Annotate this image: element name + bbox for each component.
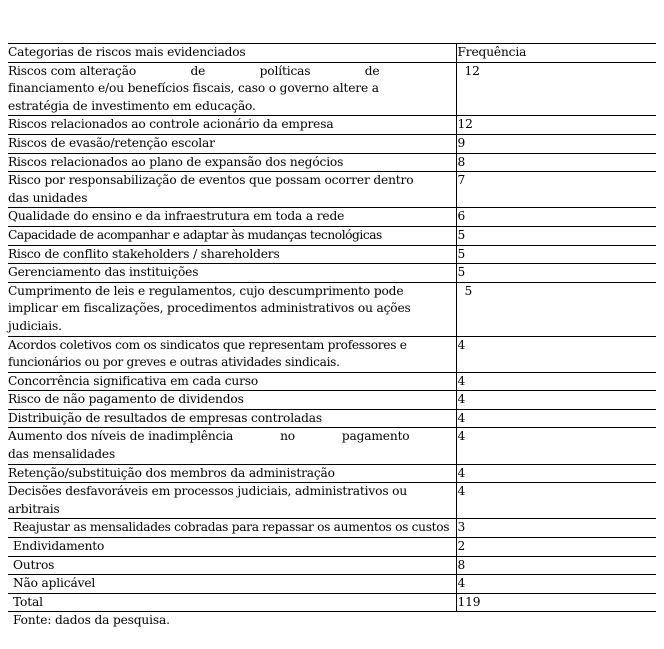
row-category: Riscos relacionados ao plano de expansão… (8, 153, 456, 172)
table-header-row: Categorias de riscos mais evidenciados F… (8, 44, 656, 63)
row-category: Riscos de evasão/retenção escolar (8, 134, 456, 153)
table-row: Retenção/substituição dos membros da adm… (8, 464, 656, 483)
row-frequency: 4 (456, 409, 656, 428)
row-frequency: 8 (456, 556, 656, 575)
table-row: Concorrência significativa em cada curso… (8, 372, 656, 391)
row-category: Total (8, 593, 456, 612)
table-row: Acordos coletivos com os sindicatos que … (8, 336, 656, 372)
row-category: Aumento dos níveis de inadimplência no p… (8, 428, 456, 464)
row-frequency: 4 (456, 575, 656, 594)
risk-categories-table: Categorias de riscos mais evidenciados F… (8, 43, 656, 612)
table-row: Outros 8 (8, 556, 656, 575)
table-row: Decisões desfavoráveis em processos judi… (8, 483, 656, 519)
table-row: Risco por responsabilização de eventos q… (8, 172, 656, 208)
row-frequency: 8 (456, 153, 656, 172)
header-category: Categorias de riscos mais evidenciados (8, 44, 456, 63)
row-category: Endividamento (8, 538, 456, 557)
row-category: Outros (8, 556, 456, 575)
row-category: Qualidade do ensino e da infraestrutura … (8, 208, 456, 227)
header-frequency: Frequência (456, 44, 656, 63)
category-first-line: Aumento dos níveis de inadimplência no p… (8, 428, 450, 446)
row-category: Reajustar as mensalidades cobradas para … (8, 519, 456, 538)
row-category: Acordos coletivos com os sindicatos que … (8, 336, 456, 372)
table-row: Gerenciamento das instituições 5 (8, 264, 656, 283)
row-frequency: 7 (456, 172, 656, 208)
row-frequency: 4 (456, 464, 656, 483)
row-category: Riscos com alteração de políticas de fin… (8, 62, 456, 116)
row-frequency: 4 (456, 483, 656, 519)
row-category: Concorrência significativa em cada curso (8, 372, 456, 391)
row-category: Não aplicável (8, 575, 456, 594)
row-category: Risco de conflito stakeholders / shareho… (8, 245, 456, 264)
row-frequency: 2 (456, 538, 656, 557)
row-category: Capacidade de acompanhar e adaptar às mu… (8, 226, 456, 245)
table-row: Risco de não pagamento de dividendos 4 (8, 391, 656, 410)
table-row: Riscos com alteração de políticas de fin… (8, 62, 656, 116)
table-row: Distribuição de resultados de empresas c… (8, 409, 656, 428)
row-category: Cumprimento de leis e regulamentos, cujo… (8, 282, 456, 336)
table-row: Riscos de evasão/retenção escolar 9 (8, 134, 656, 153)
row-frequency: 6 (456, 208, 656, 227)
row-frequency: 5 (456, 245, 656, 264)
category-continuation: financiamento e/ou benefícios fiscais, c… (8, 80, 450, 115)
table-row: Não aplicável 4 (8, 575, 656, 594)
category-first-line: Riscos com alteração de políticas de (8, 63, 450, 81)
row-frequency: 4 (456, 372, 656, 391)
row-frequency: 12 (456, 116, 656, 135)
row-frequency: 4 (456, 336, 656, 372)
source-note: Fonte: dados da pesquisa. (8, 612, 656, 630)
document-page: Categorias de riscos mais evidenciados F… (8, 43, 656, 630)
row-frequency: 5 (456, 226, 656, 245)
row-frequency: 119 (456, 593, 656, 612)
row-frequency: 5 (456, 282, 656, 336)
table-row: Risco de conflito stakeholders / shareho… (8, 245, 656, 264)
row-frequency: 4 (456, 428, 656, 464)
category-continuation: das mensalidades (8, 446, 450, 464)
table-row: Riscos relacionados ao controle acionári… (8, 116, 656, 135)
row-category: Risco de não pagamento de dividendos (8, 391, 456, 410)
table-row: Cumprimento de leis e regulamentos, cujo… (8, 282, 656, 336)
table-row: Aumento dos níveis de inadimplência no p… (8, 428, 656, 464)
table-row-total: Total 119 (8, 593, 656, 612)
table-row: Qualidade do ensino e da infraestrutura … (8, 208, 656, 227)
table-row: Riscos relacionados ao plano de expansão… (8, 153, 656, 172)
table-row: Endividamento 2 (8, 538, 656, 557)
row-frequency: 9 (456, 134, 656, 153)
row-category: Risco por responsabilização de eventos q… (8, 172, 456, 208)
row-category: Retenção/substituição dos membros da adm… (8, 464, 456, 483)
row-frequency: 12 (456, 62, 656, 116)
table-row: Capacidade de acompanhar e adaptar às mu… (8, 226, 656, 245)
row-category: Gerenciamento das instituições (8, 264, 456, 283)
row-category: Distribuição de resultados de empresas c… (8, 409, 456, 428)
row-frequency: 5 (456, 264, 656, 283)
row-frequency: 3 (456, 519, 656, 538)
row-category: Decisões desfavoráveis em processos judi… (8, 483, 456, 519)
row-category: Riscos relacionados ao controle acionári… (8, 116, 456, 135)
table-row: Reajustar as mensalidades cobradas para … (8, 519, 656, 538)
row-frequency: 4 (456, 391, 656, 410)
